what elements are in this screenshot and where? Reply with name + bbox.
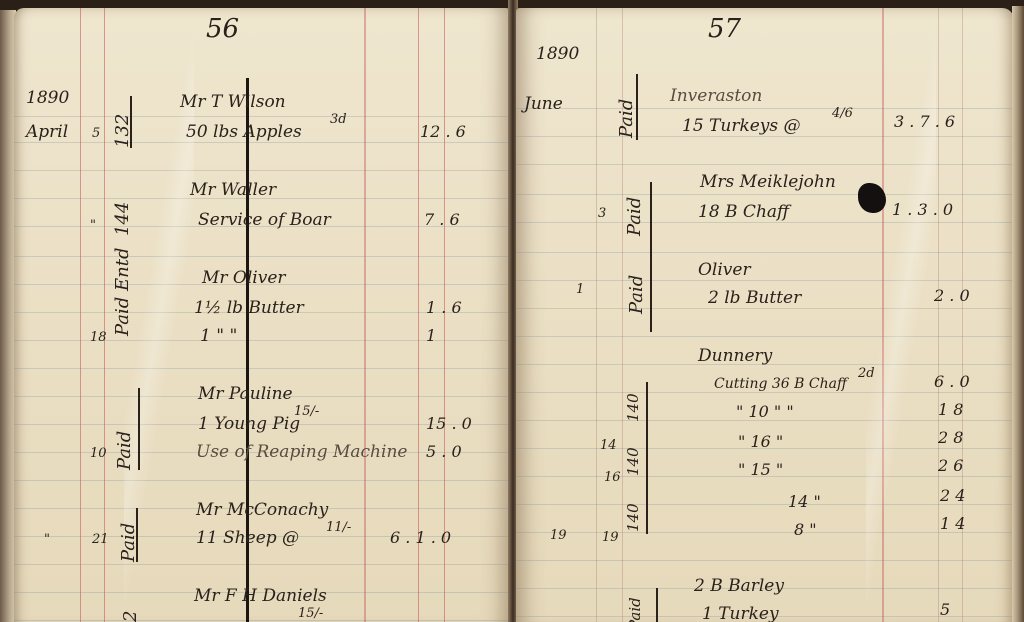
rule bbox=[14, 480, 510, 481]
rule bbox=[14, 170, 510, 171]
entry-name: Mr McConachy bbox=[196, 500, 328, 520]
entry-item: 8 " bbox=[794, 520, 817, 539]
entry-amount: 2 . 0 bbox=[934, 286, 970, 305]
shillings-column-rule bbox=[938, 8, 939, 622]
rule bbox=[14, 256, 510, 257]
entry-item: " 10 " " bbox=[736, 402, 794, 421]
entry-amount: 3 . 7 . 6 bbox=[894, 112, 955, 131]
entry-item: 14 " bbox=[788, 492, 821, 511]
entry-day: 3 bbox=[598, 206, 606, 221]
year: 1890 bbox=[536, 44, 579, 64]
entry-amount: 7 . 6 bbox=[424, 210, 460, 229]
rule bbox=[516, 336, 1014, 337]
entry-item: Cutting 36 B Chaff bbox=[714, 376, 847, 392]
entry-item: 1 " " bbox=[200, 326, 237, 346]
entry-item: 1 Young Pig bbox=[198, 414, 300, 434]
entry-rate: 3d bbox=[330, 112, 347, 127]
rule bbox=[516, 308, 1014, 309]
paid-bar bbox=[656, 588, 658, 622]
entry-item: 2 lb Butter bbox=[708, 288, 801, 308]
entry-amount: 2 8 bbox=[938, 428, 963, 447]
entry-item: 1½ lb Butter bbox=[194, 298, 304, 318]
paid-mark: Paid bbox=[114, 431, 135, 470]
entry-month: " bbox=[44, 532, 50, 547]
entry-rate: 15/- bbox=[298, 606, 323, 621]
right-page-edge bbox=[1012, 6, 1024, 622]
entry-name: Inveraston bbox=[670, 86, 762, 106]
entry-name: Mr F H Daniels bbox=[194, 586, 327, 606]
entry-item: Use of Reaping Machine bbox=[196, 442, 407, 462]
entry-rate: 15/- bbox=[294, 404, 319, 419]
entry-amount: 6 . 0 bbox=[934, 372, 970, 391]
entry-day: 5 bbox=[92, 126, 100, 141]
paid-bar bbox=[138, 388, 140, 470]
rule bbox=[516, 222, 1014, 223]
entry-item: 18 B Chaff bbox=[698, 202, 789, 222]
entry-item: " 15 " bbox=[738, 460, 783, 479]
entry-folio: 140 bbox=[624, 393, 642, 422]
entry-amount: 12 . 6 bbox=[420, 122, 466, 141]
rule bbox=[516, 280, 1014, 281]
paid-mark: Paid bbox=[624, 197, 645, 236]
entry-amount: 2 4 bbox=[940, 486, 965, 505]
entry-item: 50 lbs Apples bbox=[186, 122, 302, 142]
entry-amount: 5 . 0 bbox=[426, 442, 462, 461]
entry-day: 16 bbox=[604, 470, 621, 485]
entry-amount: 5 bbox=[940, 600, 950, 619]
entry-folio: 2 bbox=[120, 611, 141, 622]
rule bbox=[14, 368, 510, 369]
entry-amount: 1 bbox=[426, 326, 436, 345]
entry-name: Oliver bbox=[698, 260, 751, 280]
entry-amount: 2 6 bbox=[938, 456, 963, 475]
rule bbox=[14, 116, 510, 117]
rule bbox=[516, 560, 1014, 561]
entry-name: Mr Oliver bbox=[202, 268, 286, 288]
entry-rate: 4/6 bbox=[832, 106, 853, 121]
entry-month: June bbox=[524, 94, 563, 114]
entry-folio: 144 bbox=[112, 202, 133, 236]
day-column-rule bbox=[104, 8, 105, 622]
paid-bar bbox=[650, 240, 652, 332]
paid-bar bbox=[636, 74, 638, 140]
paid-mark: Paid bbox=[626, 275, 647, 314]
entry-month: 19 bbox=[550, 528, 567, 543]
paid-mark: Paid bbox=[616, 99, 637, 138]
entry-amount: 1 . 3 . 0 bbox=[892, 200, 953, 219]
rule bbox=[516, 252, 1014, 253]
entry-name: Mr T Wilson bbox=[180, 92, 286, 112]
entry-name: Mr Pauline bbox=[198, 384, 293, 404]
entry-rate: 11/- bbox=[326, 520, 351, 535]
entry-name: Mrs Meiklejohn bbox=[700, 172, 836, 192]
paid-bar bbox=[650, 182, 652, 240]
paid-mark: Paid bbox=[626, 597, 644, 622]
entry-amount: 1 . 6 bbox=[426, 298, 462, 317]
entry-item: " 16 " bbox=[738, 432, 783, 451]
rule bbox=[516, 392, 1014, 393]
page-number: 56 bbox=[206, 14, 239, 44]
page-number: 57 bbox=[708, 14, 741, 44]
entry-item: 11 Sheep @ bbox=[196, 528, 299, 548]
entry-name: 2 B Barley bbox=[694, 576, 784, 596]
entry-amount: 1 4 bbox=[940, 514, 965, 533]
entry-folio: 140 bbox=[624, 447, 642, 476]
rule bbox=[14, 564, 510, 565]
entry-day: 10 bbox=[90, 446, 107, 461]
date-column-rule bbox=[596, 8, 597, 622]
paid-mark: Paid Entd bbox=[112, 247, 133, 336]
folio-bar bbox=[646, 382, 648, 534]
entry-day: " bbox=[90, 218, 96, 233]
entry-day: 14 bbox=[600, 438, 617, 453]
entry-amount: 1 8 bbox=[938, 400, 963, 419]
rule bbox=[516, 164, 1014, 165]
pounds-column-rule bbox=[364, 8, 366, 622]
date-column-rule bbox=[80, 8, 81, 622]
page-crease bbox=[866, 8, 936, 622]
entry-day: 1 bbox=[576, 282, 584, 297]
ledger-book: 56 1890 April 5 132 Mr T Wilson 50 lbs A… bbox=[0, 0, 1024, 622]
entry-day: 21 bbox=[92, 532, 109, 547]
rule bbox=[14, 142, 510, 143]
entry-item: 1 Turkey bbox=[702, 604, 779, 622]
entry-name: Dunnery bbox=[698, 346, 772, 366]
entry-item: Service of Boar bbox=[198, 210, 331, 230]
rule bbox=[516, 108, 1014, 109]
entry-month: April bbox=[26, 122, 68, 142]
entry-rate: 2d bbox=[858, 366, 875, 381]
rule bbox=[516, 194, 1014, 195]
folio-bar bbox=[130, 96, 132, 148]
paid-bar bbox=[136, 508, 138, 562]
year: 1890 bbox=[26, 88, 69, 108]
entry-name: Mr Waller bbox=[190, 180, 276, 200]
entry-item: 15 Turkeys @ bbox=[682, 116, 801, 136]
rule bbox=[516, 136, 1014, 137]
entry-folio: 140 bbox=[624, 503, 642, 532]
entry-amount: 15 . 0 bbox=[426, 414, 472, 433]
rule bbox=[14, 620, 510, 621]
entry-day: 19 bbox=[602, 530, 619, 545]
entry-amount: 6 . 1 . 0 bbox=[390, 528, 451, 547]
entry-day: 18 bbox=[90, 330, 107, 345]
